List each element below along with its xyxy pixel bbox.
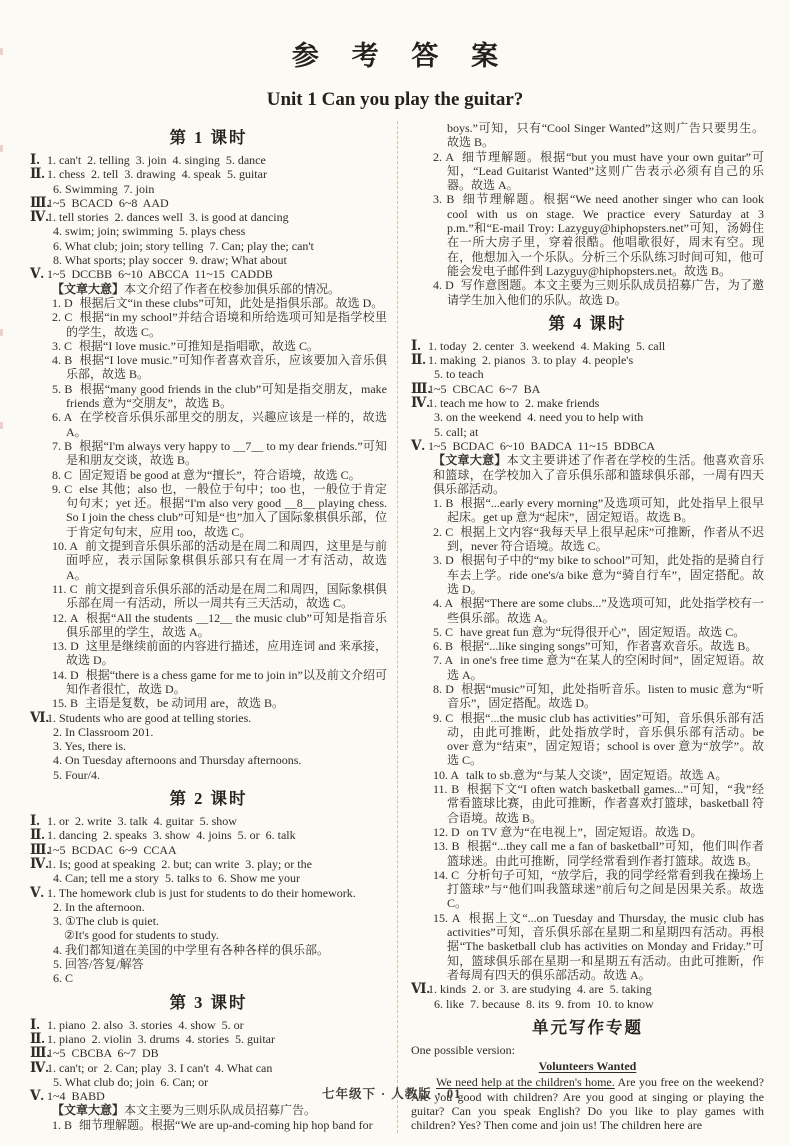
- text-content: in one's free time 意为“在某人的空闲时间”，固定短语。故选 …: [447, 653, 764, 681]
- answer-item: Ⅲ.1~5 BCDAC 6~9 CCAA: [30, 843, 387, 857]
- page-edge-mark: [0, 422, 3, 429]
- summary-label: 【文章大意】: [52, 282, 124, 296]
- text-content: 1~5 CBCBA 6~7 DB: [47, 1046, 159, 1060]
- text-content: 4. On Tuesday afternoons and Thursday af…: [53, 753, 301, 767]
- answer-item-continuation: 5. Four/4.: [30, 768, 387, 782]
- answer-label: 11. B: [433, 782, 459, 796]
- essay-title: Volunteers Wanted: [411, 1059, 764, 1073]
- text-content: 6. What club; join; story telling 7. Can…: [53, 239, 314, 253]
- text-content: 1~5 BCDAC 6~9 CCAA: [47, 843, 177, 857]
- text-content: 本文介绍了作者在校参加俱乐部的情况。: [124, 282, 340, 296]
- item-roman-label: Ⅳ.: [30, 210, 47, 224]
- explanation-item: 1. D根据后文“in these clubs”可知，此处是指俱乐部。故选 D。: [30, 296, 387, 310]
- answer-item: Ⅴ.1. The homework club is just for stude…: [30, 886, 387, 900]
- answer-label: 11. C: [52, 582, 78, 596]
- answer-item: Ⅲ.1~5 CBCAC 6~7 BA: [411, 382, 764, 396]
- underlined-sentence: We need help at the children's home.: [436, 1075, 615, 1089]
- text-content: 第 4 课时: [549, 314, 627, 333]
- passage-summary: 【文章大意】本文主要为三则乐队成员招募广告。: [30, 1103, 387, 1117]
- section-heading: 第 4 课时: [411, 314, 764, 334]
- explanation-item: 7. B根据“I'm always very happy to __7__ to…: [30, 439, 387, 468]
- item-roman-label: Ⅲ.: [30, 1046, 47, 1060]
- text-content: else 其他；also 也，一般位于句中；too 也，一般位于肯定句句末；ye…: [66, 482, 387, 539]
- text-content: 根据上文“...on Tuesday and Thursday, the mus…: [447, 911, 764, 982]
- explanation-item: 3. C根据“I love music.”可推知是指唱歌，故选 C。: [30, 339, 387, 353]
- left-column: 第 1 课时Ⅰ.1. can't 2. telling 3. join 4. s…: [30, 121, 397, 1133]
- answer-label: 10. A: [52, 539, 78, 553]
- item-roman-label: Ⅲ.: [411, 382, 428, 396]
- answer-item: Ⅱ.1. dancing 2. speaks 3. show 4. joins …: [30, 828, 387, 842]
- text-content: 3. Yes, there is.: [53, 739, 126, 753]
- text-content: 细节理解题。根据“We are up-and-coming hip hop ba…: [79, 1118, 373, 1132]
- item-roman-label: Ⅴ.: [30, 886, 47, 900]
- explanation-item: 9. Celse 其他；also 也，一般位于句中；too 也，一般位于肯定句句…: [30, 482, 387, 539]
- answer-item-continuation: 6. What club; join; story telling 7. Can…: [30, 239, 387, 253]
- answer-label: 14. C: [433, 868, 459, 882]
- answer-item: Ⅲ.1~5 BCACD 6~8 AAD: [30, 196, 387, 210]
- text-content: 1~5 DCCBB 6~10 ABCCA 11~15 CADDB: [47, 267, 273, 281]
- page-edge-mark: [0, 48, 3, 55]
- item-roman-label: Ⅰ.: [411, 339, 428, 353]
- item-roman-label: Ⅰ.: [30, 153, 47, 167]
- content-columns: 第 1 课时Ⅰ.1. can't 2. telling 3. join 4. s…: [0, 121, 790, 1133]
- explanation-item: 1. B根据“...early every morning”及选项可知，此处指早…: [411, 496, 764, 525]
- answer-label: 5. B: [52, 382, 72, 396]
- answer-label: 8. D: [433, 682, 454, 696]
- text-content: 1~5 BCDAC 6~10 BADCA 11~15 BDBCA: [428, 439, 655, 453]
- explanation-item: 2. C根据上文内容“我每天早上很早起床”可推断，作者从不迟到，never 符合…: [411, 525, 764, 554]
- text-content: 根据“there is a chess game for me to join …: [66, 668, 387, 696]
- text-content: 3. ①The club is quiet.: [53, 914, 159, 928]
- explanation-item: 4. D写作意图题。本文主要为三则乐队成员招募广告，为了邀请学生加入他们的乐队。…: [411, 278, 764, 307]
- explanation-item: 2. C根据“in my school”并结合语境和所给选项可知是指学校里的学生…: [30, 310, 387, 339]
- page-footer: 七年级下·人教版·01: [322, 1084, 461, 1102]
- text-content: 固定短语 be good at 意为“擅长”，符合语境，故选 C。: [79, 468, 361, 482]
- explanation-item: 10. A前文提到音乐俱乐部的活动是在周二和周四，这里是与前面呼应，表示国际象棋…: [30, 539, 387, 582]
- explanation-item: 8. D根据“music”可知，此处指听音乐。listen to music 意…: [411, 682, 764, 711]
- answer-label: 6. A: [52, 410, 72, 424]
- answer-item-continuation: 4. 我们都知道在美国的中学里有各种各样的俱乐部。: [30, 943, 387, 957]
- item-roman-label: Ⅱ.: [411, 353, 428, 367]
- answer-item-continuation: 6. C: [30, 971, 387, 985]
- answer-label: 1. D: [52, 296, 73, 310]
- text-content: 根据“There are some clubs...”及选项可知，此处指学校有一…: [447, 596, 764, 624]
- explanation-item: 6. A在学校音乐俱乐部里交的朋友，兴趣应该是一样的，故选 A。: [30, 410, 387, 439]
- answer-item: Ⅵ.1. kinds 2. or 3. are studying 4. are …: [411, 982, 764, 996]
- explanation-item: 12. Don TV 意为“在电视上”，固定短语。故选 D。: [411, 825, 764, 839]
- text-content: 6. like 7. because 8. its 9. from 10. to…: [434, 997, 654, 1011]
- text-content: 1~5 CBCAC 6~7 BA: [428, 382, 540, 396]
- text-content: 根据“many good friends in the club”可知是指交朋友…: [66, 382, 387, 410]
- item-roman-label: Ⅲ.: [30, 843, 47, 857]
- text-content: 8. What sports; play soccer 9. draw; Wha…: [53, 253, 287, 267]
- text-content: 1. tell stories 2. dances well 3. is goo…: [47, 210, 289, 224]
- answer-item: Ⅳ.1. Is; good at speaking 2. but; can wr…: [30, 857, 387, 871]
- explanation-item: 15. B主语是复数，be 动词用 are，故选 B。: [30, 696, 387, 710]
- text-content: 1. kinds 2. or 3. are studying 4. are 5.…: [428, 982, 652, 996]
- answer-item: Ⅱ.1. chess 2. tell 3. drawing 4. speak 5…: [30, 167, 387, 181]
- text-content: 2. In the afternoon.: [53, 900, 145, 914]
- answer-item: Ⅰ.1. or 2. write 3. talk 4. guitar 5. sh…: [30, 814, 387, 828]
- answer-label: 3. C: [52, 339, 72, 353]
- answer-item-continuation: 8. What sports; play soccer 9. draw; Wha…: [30, 253, 387, 267]
- answer-item: Ⅰ.1. piano 2. also 3. stories 4. show 5.…: [30, 1018, 387, 1032]
- answer-label: 3. B: [433, 192, 454, 206]
- explanation-item: 10. Atalk to sb.意为“与某人交谈”，固定短语。故选 A。: [411, 768, 764, 782]
- text-content: Volunteers Wanted: [539, 1059, 637, 1073]
- explanation-item: 13. D这里是继续前面的内容进行描述，应用连词 and 来承接，故选 D。: [30, 639, 387, 668]
- text-content: 根据上文内容“我每天早上很早起床”可推断，作者从不迟到，never 符合语境。故…: [447, 525, 764, 553]
- text-content: 1~4 BABD: [47, 1089, 105, 1103]
- answer-label: 13. B: [433, 839, 459, 853]
- text-content: 1. piano 2. violin 3. drums 4. stories 5…: [47, 1032, 275, 1046]
- answer-item-continuation: 6. Swimming 7. join: [30, 182, 387, 196]
- text-content: 根据“...the music club has activities”可知，音…: [447, 711, 764, 768]
- text-content: 第 2 课时: [170, 789, 248, 808]
- text-content: 在学校音乐俱乐部里交的朋友，兴趣应该是一样的，故选 A。: [66, 410, 387, 438]
- text-content: 2. In Classroom 201.: [53, 725, 153, 739]
- passage-summary: 【文章大意】本文主要讲述了作者在学校的生活。他喜欢音乐和篮球，在学校加入了音乐俱…: [411, 453, 764, 496]
- explanation-item: 4. B根据“I love music.”可知作者喜欢音乐，应该要加入音乐俱乐部…: [30, 353, 387, 382]
- text-content: 细节理解题。根据“but you must have your own guit…: [447, 150, 764, 193]
- answer-item-continuation: 2. In Classroom 201.: [30, 725, 387, 739]
- answer-item: Ⅳ.1. tell stories 2. dances well 3. is g…: [30, 210, 387, 224]
- item-roman-label: Ⅳ.: [411, 396, 428, 410]
- essay-paragraph: We need help at the children's home. Are…: [411, 1075, 764, 1132]
- item-roman-label: Ⅳ.: [30, 857, 47, 871]
- text-content: 写作意图题。本文主要为三则乐队成员招募广告，为了邀请学生加入他们的乐队。故选 D…: [447, 278, 764, 306]
- explanation-continuation: boys.”可知，只有“Cool Singer Wanted”这则广告只要男生。…: [411, 121, 764, 150]
- answer-label: 12. D: [433, 825, 460, 839]
- answer-item-continuation: 5. 回答/答复/解答: [30, 957, 387, 971]
- text-content: 根据“in my school”并结合语境和所给选项可知是指学校里的学生，故选 …: [66, 310, 387, 338]
- explanation-item: 2. A细节理解题。根据“but you must have your own …: [411, 150, 764, 193]
- answer-item-continuation: 4. swim; join; swimming 5. plays chess: [30, 224, 387, 238]
- section-heading: 第 2 课时: [30, 789, 387, 809]
- item-roman-label: Ⅱ.: [30, 1032, 47, 1046]
- text-content: 1. can't 2. telling 3. join 4. singing 5…: [47, 153, 266, 167]
- text-content: 根据“I love music.”可推知是指唱歌，故选 C。: [79, 339, 319, 353]
- text-content: 1. chess 2. tell 3. drawing 4. speak 5. …: [47, 167, 267, 181]
- text-content: 6. C: [53, 971, 73, 985]
- text-content: 根据句子中的“my bike to school”可知，此处指的是骑自行车去上学…: [447, 553, 764, 596]
- text-content: 根据“music”可知，此处指听音乐。listen to music 意为“听音…: [447, 682, 764, 710]
- section-heading: 单元写作专题: [411, 1018, 764, 1038]
- answer-label: 13. D: [52, 639, 79, 653]
- text-content: 5. call; at: [434, 425, 478, 439]
- text-content: 根据下文“I often watch basketball games...”可…: [447, 782, 764, 825]
- answer-item: Ⅳ.1. can't; or 2. Can; play 3. I can't 4…: [30, 1061, 387, 1075]
- text-content: on TV 意为“在电视上”，固定短语。故选 D。: [467, 825, 703, 839]
- text-content: 5. Four/4.: [53, 768, 100, 782]
- text-content: 根据“All the students __12__ the music clu…: [66, 611, 387, 639]
- footer-separator: ·: [381, 1087, 386, 1101]
- text-content: 根据“I'm always very happy to __7__ to my …: [66, 439, 387, 467]
- item-roman-label: Ⅵ.: [411, 982, 428, 996]
- explanation-item: 1. B细节理解题。根据“We are up-and-coming hip ho…: [30, 1118, 387, 1132]
- text-content: 1. can't; or 2. Can; play 3. I can't 4. …: [47, 1061, 272, 1075]
- item-roman-label: Ⅱ.: [30, 167, 47, 181]
- text-content: 1. The homework club is just for student…: [47, 886, 356, 900]
- answer-label: 2. C: [52, 310, 72, 324]
- answer-label: 10. A: [433, 768, 459, 782]
- answer-item-continuation: 3. Yes, there is.: [30, 739, 387, 753]
- text-content: 本文主要为三则乐队成员招募广告。: [124, 1103, 316, 1117]
- text-content: 1. Is; good at speaking 2. but; can writ…: [47, 857, 312, 871]
- text-content: 1. today 2. center 3. weekend 4. Making …: [428, 339, 665, 353]
- text-content: 1. making 2. pianos 3. to play 4. people…: [428, 353, 633, 367]
- explanation-item: 13. B根据“...they call me a fan of basketb…: [411, 839, 764, 868]
- item-roman-label: Ⅵ.: [30, 711, 47, 725]
- text-content: 根据后文“in these clubs”可知，此处是指俱乐部。故选 D。: [80, 296, 384, 310]
- answer-item-continuation: 6. like 7. because 8. its 9. from 10. to…: [411, 997, 764, 1011]
- explanation-item: 11. B根据下文“I often watch basketball games…: [411, 782, 764, 825]
- explanation-item: 3. D根据句子中的“my bike to school”可知，此处指的是骑自行…: [411, 553, 764, 596]
- explanation-item: 4. A根据“There are some clubs...”及选项可知，此处指…: [411, 596, 764, 625]
- answer-item-continuation: 4. Can; tell me a story 5. talks to 6. S…: [30, 871, 387, 885]
- right-column: boys.”可知，只有“Cool Singer Wanted”这则广告只要男生。…: [397, 121, 764, 1133]
- explanation-item: 11. C前文提到音乐俱乐部的活动是在周二和周四，国际象棋俱乐部在周一有活动，所…: [30, 582, 387, 611]
- text-content: have great fun 意为“玩得很开心”，固定短语。故选 C。: [460, 625, 745, 639]
- item-roman-label: Ⅴ.: [30, 267, 47, 281]
- page-edge-mark: [0, 145, 3, 152]
- answer-label: 5. C: [433, 625, 453, 639]
- text-content: 前文提到音乐俱乐部的活动是在周二和周四，这里是与前面呼应，表示国际象棋俱乐部只有…: [66, 539, 387, 582]
- unit-title: Unit 1 Can you play the guitar?: [0, 89, 790, 111]
- passage-summary: 【文章大意】本文介绍了作者在校参加俱乐部的情况。: [30, 282, 387, 296]
- answer-label: 1. B: [433, 496, 453, 510]
- item-roman-label: Ⅰ.: [30, 1018, 47, 1032]
- answer-item: Ⅰ.1. today 2. center 3. weekend 4. Makin…: [411, 339, 764, 353]
- section-heading: 第 1 课时: [30, 128, 387, 148]
- text-content: 5. to teach: [434, 367, 484, 381]
- answer-item-continuation: 5. to teach: [411, 367, 764, 381]
- answer-label: 2. C: [433, 525, 453, 539]
- text-content: 单元写作专题: [532, 1018, 643, 1037]
- explanation-item: 14. D根据“there is a chess game for me to …: [30, 668, 387, 697]
- explanation-item: 5. Chave great fun 意为“玩得很开心”，固定短语。故选 C。: [411, 625, 764, 639]
- text-content: 分析句子可知，“放学后，我的同学经常看到我在操场上打篮球”与“他们叫我篮球迷”前…: [447, 868, 764, 911]
- answer-key-page: 参 考 答 案 Unit 1 Can you play the guitar? …: [0, 0, 790, 1146]
- text-content: 5. 回答/答复/解答: [53, 957, 144, 971]
- answer-item: Ⅴ.1~5 BCDAC 6~10 BADCA 11~15 BDBCA: [411, 439, 764, 453]
- footer-grade: 七年级下: [322, 1087, 376, 1101]
- answer-item: Ⅱ.1. making 2. pianos 3. to play 4. peop…: [411, 353, 764, 367]
- text-content: 这里是继续前面的内容进行描述，应用连词 and 来承接，故选 D。: [66, 639, 387, 667]
- text-content: 4. Can; tell me a story 5. talks to 6. S…: [53, 871, 300, 885]
- footer-page-number: 01: [447, 1087, 462, 1101]
- text-content: One possible version:: [411, 1043, 515, 1057]
- item-roman-label: Ⅲ.: [30, 196, 47, 210]
- text-content: 前文提到音乐俱乐部的活动是在周二和周四，国际象棋俱乐部在周一有活动，所以一周共有…: [66, 582, 387, 610]
- answer-item: Ⅲ.1~5 CBCBA 6~7 DB: [30, 1046, 387, 1060]
- explanation-item: 15. A根据上文“...on Tuesday and Thursday, th…: [411, 911, 764, 982]
- answer-item: Ⅱ.1. piano 2. violin 3. drums 4. stories…: [30, 1032, 387, 1046]
- answer-item-continuation: 3. on the weekend 4. need you to help wi…: [411, 410, 764, 424]
- explanation-item: 12. A根据“All the students __12__ the musi…: [30, 611, 387, 640]
- text-content: 根据“...they call me a fan of basketball”可…: [447, 839, 764, 867]
- answer-label: 7. A: [433, 653, 453, 667]
- answer-subitem: ②It's good for students to study.: [30, 928, 387, 942]
- answer-item: Ⅳ.1. teach me how to 2. make friends: [411, 396, 764, 410]
- text-content: 1. Students who are good at telling stor…: [47, 711, 251, 725]
- text-content: 根据“...like singing songs”可知，作者喜欢音乐。故选 B。: [460, 639, 757, 653]
- item-roman-label: Ⅱ.: [30, 828, 47, 842]
- possible-version-label: One possible version:: [411, 1043, 764, 1057]
- section-heading: 第 3 课时: [30, 993, 387, 1013]
- answer-label: 12. A: [52, 611, 79, 625]
- text-content: 第 1 课时: [170, 128, 248, 147]
- text-content: 1. dancing 2. speaks 3. show 4. joins 5.…: [47, 828, 296, 842]
- text-content: 主语是复数，be 动词用 are，故选 B。: [85, 696, 284, 710]
- text-content: 1. teach me how to 2. make friends: [428, 396, 599, 410]
- text-content: 1. piano 2. also 3. stories 4. show 5. o…: [47, 1018, 244, 1032]
- text-content: 3. on the weekend 4. need you to help wi…: [434, 410, 643, 424]
- explanation-item: 14. C分析句子可知，“放学后，我的同学经常看到我在操场上打篮球”与“他们叫我…: [411, 868, 764, 911]
- text-content: 根据“...early every morning”及选项可知，此处指早上很早起…: [447, 496, 764, 524]
- answer-label: 1. B: [52, 1118, 72, 1132]
- item-roman-label: Ⅴ.: [30, 1089, 47, 1103]
- text-content: 5. What club do; join 6. Can; or: [53, 1075, 208, 1089]
- page-title: 参 考 答 案: [0, 34, 790, 73]
- text-content: 4. swim; join; swimming 5. plays chess: [53, 224, 245, 238]
- answer-item-continuation: 4. On Tuesday afternoons and Thursday af…: [30, 753, 387, 767]
- answer-label: 4. B: [52, 353, 72, 367]
- answer-item-continuation: 5. call; at: [411, 425, 764, 439]
- explanation-item: 5. B根据“many good friends in the club”可知是…: [30, 382, 387, 411]
- text-content: boys.”可知，只有“Cool Singer Wanted”这则广告只要男生。…: [447, 121, 764, 149]
- text-content: ②It's good for students to study.: [64, 928, 219, 942]
- footer-separator: ·: [437, 1087, 442, 1101]
- answer-item-continuation: 2. In the afternoon.: [30, 900, 387, 914]
- answer-label: 2. A: [433, 150, 454, 164]
- answer-item: Ⅴ.1~5 DCCBB 6~10 ABCCA 11~15 CADDB: [30, 267, 387, 281]
- page-edge-mark: [0, 329, 3, 336]
- answer-label: 15. B: [52, 696, 78, 710]
- explanation-item: 9. C根据“...the music club has activities”…: [411, 711, 764, 768]
- explanation-item: 8. C固定短语 be good at 意为“擅长”，符合语境，故选 C。: [30, 468, 387, 482]
- answer-label: 3. D: [433, 553, 454, 567]
- answer-item-continuation: 3. ①The club is quiet.: [30, 914, 387, 928]
- item-roman-label: Ⅳ.: [30, 1061, 47, 1075]
- answer-item: Ⅰ.1. can't 2. telling 3. join 4. singing…: [30, 153, 387, 167]
- text-content: talk to sb.意为“与某人交谈”，固定短语。故选 A。: [466, 768, 727, 782]
- item-roman-label: Ⅰ.: [30, 814, 47, 828]
- answer-label: 14. D: [52, 668, 79, 682]
- text-content: 细节理解题。根据“We need another singer who can …: [447, 192, 764, 277]
- text-content: 第 3 课时: [170, 993, 248, 1012]
- text-content: 根据“I love music.”可知作者喜欢音乐，应该要加入音乐俱乐部，故选 …: [66, 353, 387, 381]
- answer-label: 8. C: [52, 468, 72, 482]
- answer-label: 15. A: [433, 911, 460, 925]
- text-content: 4. 我们都知道在美国的中学里有各种各样的俱乐部。: [53, 943, 329, 957]
- text-content: 6. Swimming 7. join: [53, 182, 154, 196]
- answer-label: 6. B: [433, 639, 453, 653]
- text-content: 1~5 BCACD 6~8 AAD: [47, 196, 169, 210]
- text-content: 1. or 2. write 3. talk 4. guitar 5. show: [47, 814, 237, 828]
- explanation-item: 3. B细节理解题。根据“We need another singer who …: [411, 192, 764, 278]
- explanation-item: 7. Ain one's free time 意为“在某人的空闲时间”，固定短语…: [411, 653, 764, 682]
- answer-label: 4. D: [433, 278, 454, 292]
- explanation-item: 6. B根据“...like singing songs”可知，作者喜欢音乐。故…: [411, 639, 764, 653]
- answer-label: 9. C: [433, 711, 453, 725]
- item-roman-label: Ⅴ.: [411, 439, 428, 453]
- answer-item: Ⅵ.1. Students who are good at telling st…: [30, 711, 387, 725]
- answer-label: 7. B: [52, 439, 72, 453]
- answer-label: 4. A: [433, 596, 453, 610]
- answer-label: 9. C: [52, 482, 72, 496]
- footer-edition: 人教版: [391, 1087, 432, 1101]
- summary-label: 【文章大意】: [52, 1103, 124, 1117]
- summary-label: 【文章大意】: [433, 453, 507, 467]
